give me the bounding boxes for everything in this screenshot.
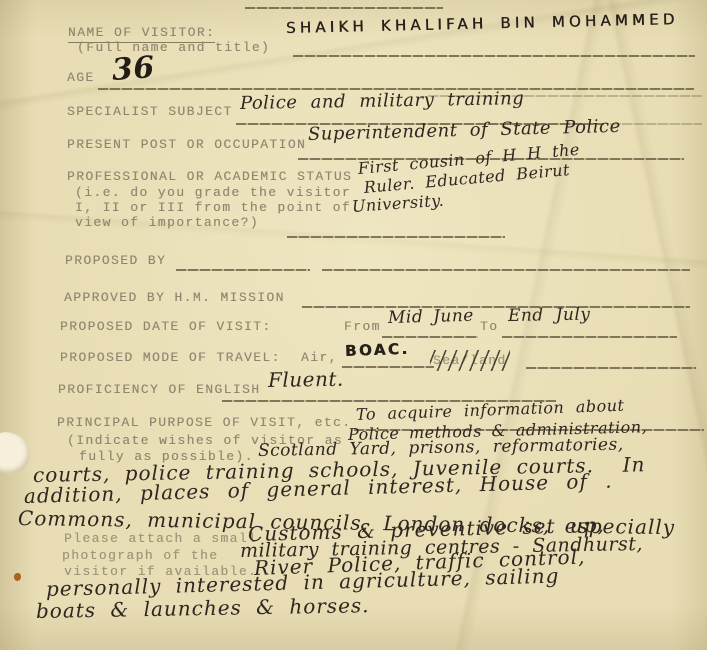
professional-status-label: PROFESSIONAL OR ACADEMIC STATUS bbox=[67, 170, 352, 185]
field-underline bbox=[322, 269, 690, 271]
principal-purpose-label: PRINCIPAL PURPOSE OF VISIT, etc. bbox=[57, 416, 351, 431]
purpose-line: boats & launches & horses. bbox=[36, 595, 370, 621]
present-post-label: PRESENT POST OR OCCUPATION bbox=[67, 138, 306, 153]
date-from-label: From bbox=[344, 320, 381, 335]
english-proficiency-label: PROFICIENCY OF ENGLISH bbox=[58, 383, 260, 398]
field-underline bbox=[502, 336, 677, 338]
scanned-visitor-form: NAME OF VISITOR: (Full name and title) S… bbox=[0, 0, 707, 650]
proposed-date-label: PROPOSED DATE OF VISIT: bbox=[60, 320, 272, 335]
travel-air-label: Air, bbox=[301, 351, 338, 366]
photo-note-1: Please attach a small bbox=[64, 532, 257, 547]
professional-status-value-3: University. bbox=[351, 193, 444, 215]
name-of-visitor-value: SHAIKH KHALIFAH BIN MOHAMMED bbox=[286, 12, 679, 36]
field-underline bbox=[176, 269, 310, 271]
full-name-sublabel: (Full name and title) bbox=[77, 41, 270, 56]
field-underline bbox=[302, 306, 690, 308]
field-underline bbox=[287, 236, 505, 238]
proposed-by-label: PROPOSED BY bbox=[65, 254, 166, 269]
photo-note-2: photograph of the bbox=[62, 549, 218, 564]
professional-status-note-3: view of importance?) bbox=[75, 216, 259, 231]
english-proficiency-value: Fluent. bbox=[268, 369, 344, 390]
field-underline bbox=[382, 336, 478, 338]
professional-status-note-1: (i.e. do you grade the visitor bbox=[75, 186, 351, 201]
age-label: AGE bbox=[67, 71, 95, 86]
travel-boac-value: BOAC. bbox=[345, 342, 410, 359]
field-underline bbox=[293, 55, 695, 57]
specialist-subject-value: Police and military training bbox=[240, 90, 525, 113]
approved-by-label: APPROVED BY H.M. MISSION bbox=[64, 291, 285, 306]
paper-chip bbox=[0, 429, 34, 478]
field-underline bbox=[610, 123, 702, 125]
date-from-value: Mid June bbox=[388, 308, 474, 327]
date-to-label: To bbox=[480, 320, 498, 335]
age-value: 36 bbox=[111, 53, 156, 86]
header-line bbox=[245, 7, 443, 9]
professional-status-note-2: I, II or III from the point of bbox=[75, 201, 351, 216]
field-underline bbox=[342, 366, 434, 368]
travel-mode-label: PROPOSED MODE OF TRAVEL: bbox=[60, 351, 281, 366]
specialist-subject-label: SPECIALIST SUBJECT bbox=[67, 105, 233, 120]
ink-spot bbox=[14, 573, 21, 581]
field-underline bbox=[526, 367, 696, 369]
travel-struck-option: Sea/land bbox=[433, 354, 507, 369]
date-to-value: End July bbox=[508, 307, 591, 325]
